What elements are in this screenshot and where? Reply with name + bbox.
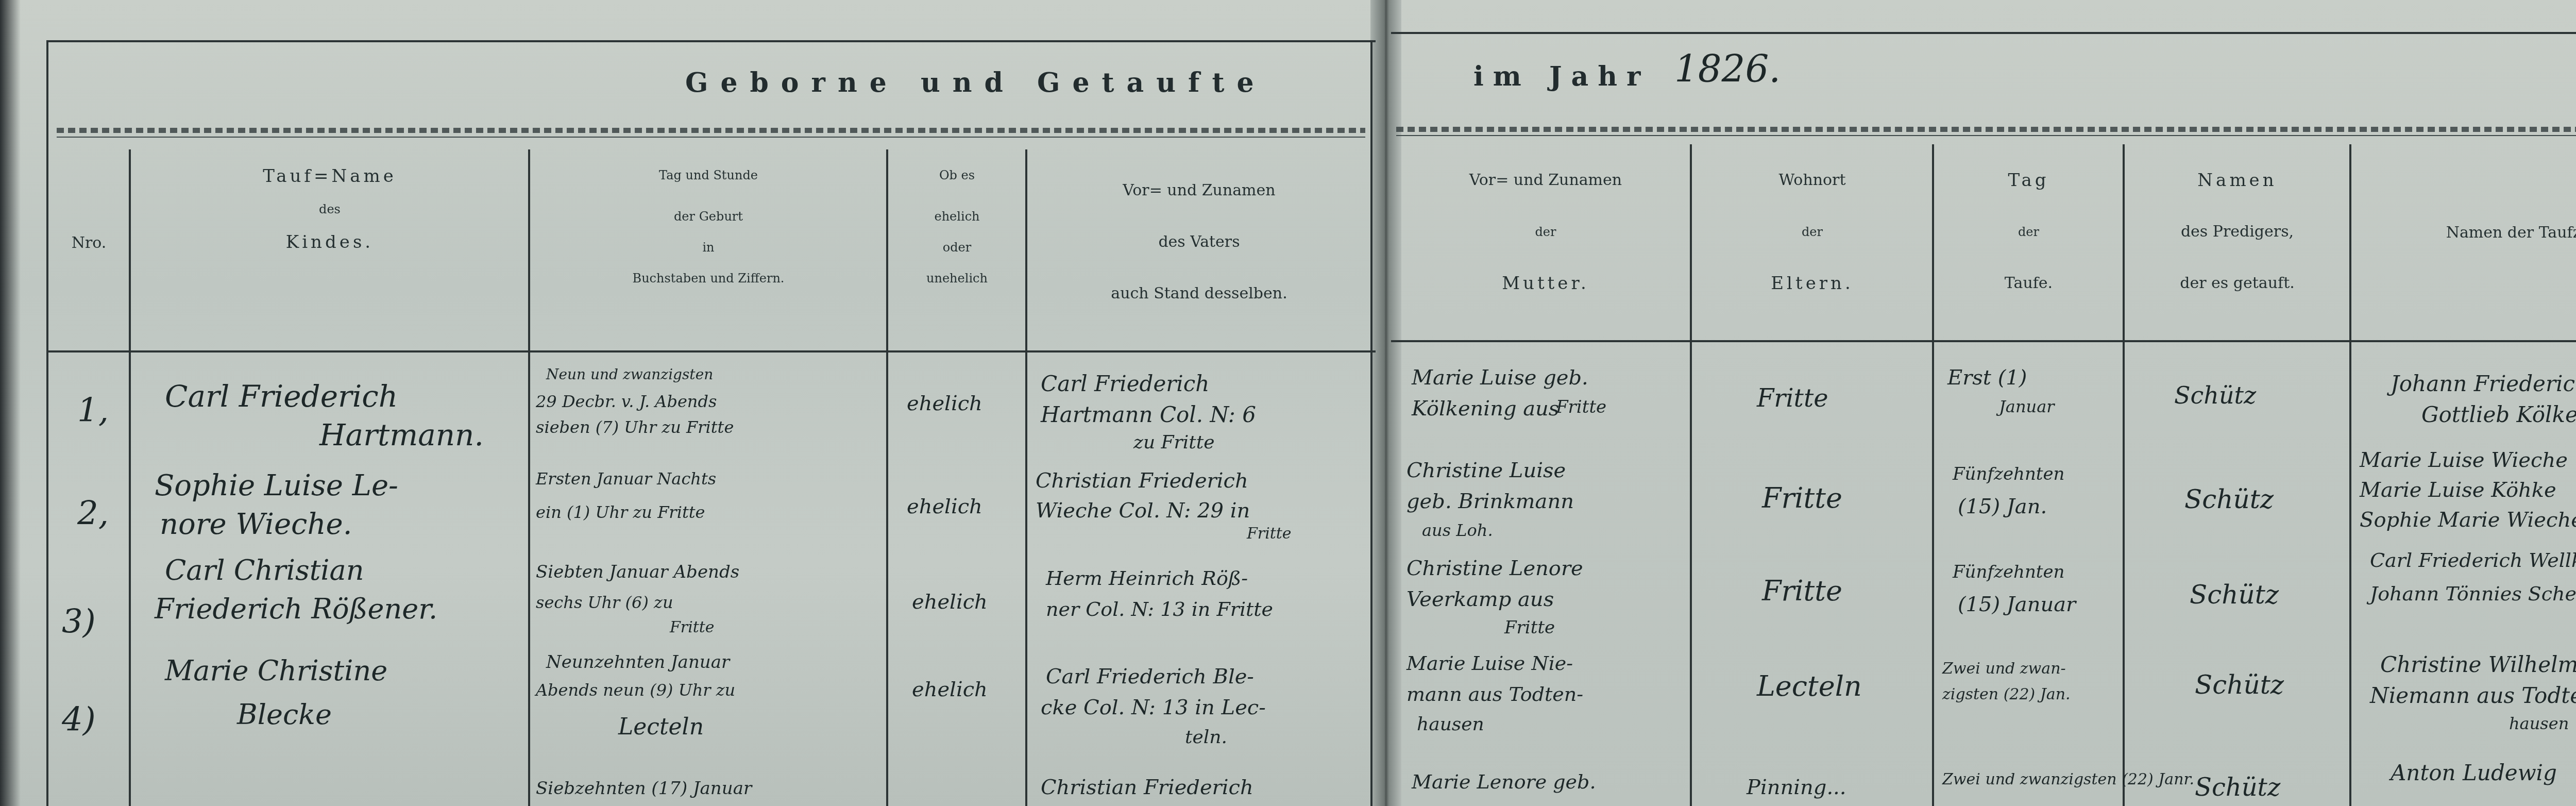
child-surname: Hartmann.: [319, 417, 484, 452]
entry-number: 3): [62, 603, 96, 641]
father-name: Hartmann Col. N: 6: [1041, 402, 1256, 427]
legitimacy: ehelich: [912, 590, 988, 614]
birth-date: Neun und zwanzigsten: [546, 366, 713, 383]
birth-date: Lecteln: [618, 714, 704, 740]
header-prediger: Namen des Predigers, der es getauft.: [2125, 155, 2349, 309]
father-name: Carl Friederich Ble-: [1046, 665, 1254, 689]
col-divider: [528, 149, 530, 806]
child-surname: Friederich Rößener.: [155, 593, 437, 625]
mother-name: aus Loh.: [1422, 520, 1493, 540]
title-rule-right-thin: [1396, 135, 2576, 136]
godparents: Carl Friederich Wellkamp: [2370, 549, 2576, 572]
baptism-date: (15) Jan.: [1958, 495, 2047, 518]
birth-date: Abends neun (9) Uhr zu: [536, 680, 735, 700]
header-wohnort: Wohnort der Eltern.: [1692, 155, 1932, 309]
godparents: hausen: [2509, 714, 2569, 733]
birth-date: Fritte: [670, 618, 715, 636]
birth-date: ein (1) Uhr zu Fritte: [536, 502, 705, 522]
col-divider: [129, 149, 131, 806]
mother-name: Marie Luise Nie-: [1406, 652, 1573, 675]
father-name: Wieche Col. N: 29 in: [1036, 499, 1250, 523]
preacher: Schütz: [2195, 773, 2280, 802]
legitimacy: ehelich: [907, 392, 982, 415]
left-border: [46, 40, 48, 806]
residence: Pinning...: [1747, 776, 1846, 799]
header-nr: Nro.: [49, 227, 129, 260]
col-divider: [1932, 144, 1934, 806]
mother-name: Christine Luise: [1406, 459, 1566, 482]
title-rule-left: [57, 128, 1365, 133]
col-divider: [1025, 149, 1027, 806]
birth-date: Ersten Januar Nachts: [536, 469, 716, 489]
baptism-date: Fünfzehnten: [1953, 464, 2064, 484]
godparents: Marie Luise Wieche: [2360, 448, 2568, 472]
mother-name: Kölkening aus: [1412, 397, 1559, 421]
book-gutter: [1370, 0, 1401, 806]
header-taufe: Tag der Taufe.: [1935, 155, 2123, 309]
preacher: Schütz: [2195, 670, 2284, 700]
mother-name: hausen: [1417, 714, 1484, 735]
top-border-right: [1391, 32, 2576, 34]
header-taufname: Tauf=Name des Kindes.: [131, 160, 528, 259]
title-rule-right: [1396, 127, 2576, 132]
residence: Fritte: [1757, 384, 1828, 413]
godparents: Niemann aus Todten-: [2370, 683, 2576, 708]
godparents: Sophie Marie Wieche: [2360, 508, 2576, 532]
header-ehelich: Ob es ehelich oder unehelich: [889, 155, 1025, 299]
baptism-date: Fünfzehnten: [1953, 562, 2064, 582]
child-surname: nore Wieche.: [160, 508, 352, 541]
baptism-date: Erst (1): [1947, 366, 2027, 390]
child-name: Carl Christian: [165, 554, 364, 586]
father-name: ner Col. N: 13 in Fritte: [1046, 598, 1273, 620]
mother-name: mann aus Todten-: [1406, 683, 1583, 706]
birth-date: 29 Decbr. v. J. Abends: [536, 392, 717, 411]
col-divider: [1690, 144, 1692, 806]
mother-name: Christine Lenore: [1406, 557, 1583, 580]
residence: Lecteln: [1757, 670, 1862, 702]
birth-date: Siebzehnten (17) Januar: [536, 778, 752, 799]
header-zeugen: Namen der Taufzeugen.: [2352, 216, 2576, 249]
godparents: Johann Friederich: [2391, 371, 2576, 396]
header-vater: Vor= und Zunamen des Vaters auch Stand d…: [1028, 165, 1370, 320]
title-year-prefix: im Jahr: [1473, 61, 1650, 92]
child-name: Marie Christine: [165, 654, 387, 687]
legitimacy: ehelich: [907, 495, 982, 518]
page-edge-shadow: [0, 0, 21, 806]
baptism-date: Januar: [1999, 397, 2055, 416]
father-name: zu Fritte: [1133, 432, 1215, 453]
birth-date: sechs Uhr (6) zu: [536, 593, 673, 612]
child-name: Carl Friederich: [165, 379, 398, 414]
father-name: Herm Heinrich Röß-: [1046, 567, 1248, 590]
top-border-left: [46, 40, 1376, 42]
birth-date: sieben (7) Uhr zu Fritte: [536, 417, 734, 437]
entry-number: 2,: [77, 495, 109, 533]
father-name: cke Col. N: 13 in Lec-: [1041, 696, 1266, 719]
title-rule-left-thin: [57, 137, 1365, 138]
residence: Fritte: [1762, 575, 1842, 607]
col-divider: [886, 149, 888, 806]
father-name: Fritte: [1247, 525, 1292, 543]
baptism-date: Zwei und zwan-: [1942, 660, 2066, 678]
godparents: Marie Luise Köhke: [2360, 478, 2556, 502]
document-title: Geborne und Getaufte: [685, 67, 1266, 98]
col-divider: [1370, 40, 1372, 806]
mother-name: Marie Luise geb.: [1412, 366, 1588, 390]
birth-date: Neunzehnten Januar: [546, 652, 730, 673]
mother-name: geb. Brinkmann: [1406, 490, 1574, 513]
mother-name: Fritte: [1556, 397, 1606, 417]
child-name: Sophie Luise Le-: [155, 469, 398, 502]
father-name: Christian Friederich: [1036, 469, 1248, 493]
child-surname: Blecke: [237, 698, 332, 731]
preacher: Schütz: [2174, 381, 2256, 409]
entry-number: 4): [62, 701, 96, 739]
mother-name: Fritte: [1504, 617, 1555, 638]
baptism-date: Zwei und zwanzigsten (22) Janr.: [1942, 770, 2194, 788]
mother-name: Veerkamp aus: [1406, 587, 1554, 611]
godparents: Gottlieb Kölkening: [2421, 402, 2576, 427]
header-bottom-right: [1391, 340, 2576, 342]
preacher: Schütz: [2190, 580, 2279, 610]
godparents: Johann Tönnies Scheering: [2370, 582, 2576, 605]
header-geburt: Tag und Stunde der Geburt in Buchstaben …: [531, 155, 886, 299]
birth-date: Siebten Januar Abends: [536, 562, 739, 582]
year-handwritten: 1826.: [1674, 47, 1781, 91]
father-name: Carl Friederich: [1041, 371, 1209, 396]
preacher: Schütz: [2184, 484, 2274, 514]
header-bottom-left: [46, 350, 1376, 352]
residence: Fritte: [1762, 482, 1842, 514]
baptism-date: (15) Januar: [1958, 593, 2076, 616]
godparents: Christine Wilhelmine: [2380, 652, 2576, 677]
father-name: teln.: [1185, 727, 1227, 748]
legitimacy: ehelich: [912, 678, 988, 701]
entry-number: 1,: [77, 392, 109, 430]
baptism-date: zigsten (22) Jan.: [1942, 685, 2071, 703]
mother-name: Marie Lenore geb.: [1412, 770, 1596, 793]
godparents: Anton Ludewig: [2391, 760, 2557, 785]
father-name: Christian Friederich: [1041, 776, 1253, 799]
col-divider: [2349, 144, 2351, 806]
header-mutter: Vor= und Zunamen der Mutter.: [1401, 155, 1690, 309]
col-divider: [2123, 144, 2125, 806]
